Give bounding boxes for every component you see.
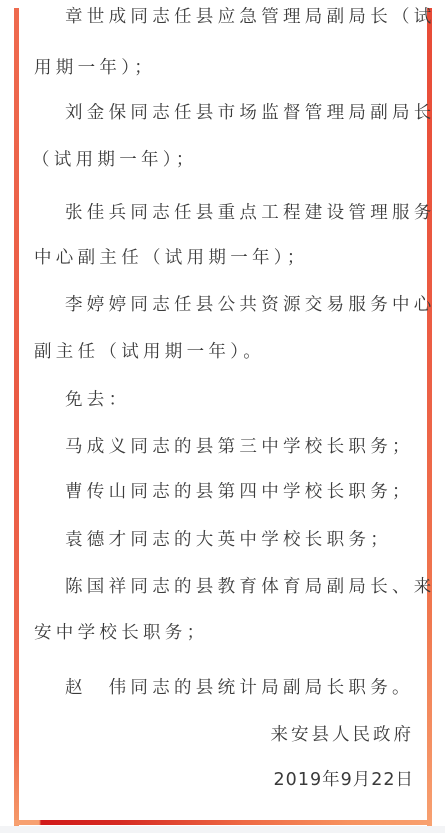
document-page: 章世成同志任县应急管理局副局长（试 用期一年）； 刘金保同志任县市场监督管理局副… — [0, 0, 445, 826]
appointment-4-line-1: 李婷婷同志任县公共资源交易服务中心 — [65, 293, 436, 317]
dismissal-4-line-1: 陈国祥同志的县教育体育局副局长、来 — [65, 575, 436, 599]
issuer-signature: 来安县人民政府 — [271, 723, 415, 747]
frame-left-border — [14, 8, 19, 826]
dismissal-4-line-2: 安中学校长职务； — [34, 621, 208, 645]
appointment-4-line-2: 副主任（试用期一年）。 — [34, 340, 265, 364]
frame-bottom-border — [14, 820, 432, 825]
appointment-3-line-1: 张佳兵同志任县重点工程建设管理服务 — [65, 201, 436, 225]
frame-right-border — [427, 8, 432, 826]
appointment-2-line-1: 刘金保同志任县市场监督管理局副局长 — [65, 101, 436, 125]
appointment-1-line-1: 章世成同志任县应急管理局副局长（试 — [65, 5, 436, 29]
issue-date: 2019年9月22日 — [274, 768, 414, 792]
dismissal-1: 马成义同志的县第三中学校长职务； — [65, 435, 414, 459]
appointment-1-line-2: 用期一年）； — [34, 56, 156, 80]
dismissal-5: 赵 伟同志的县统计局副局长职务。 — [65, 676, 414, 700]
appointment-2-line-2: （试用期一年）； — [32, 148, 198, 172]
appointment-3-line-2: 中心副主任（试用期一年）； — [34, 246, 309, 270]
dismissal-3: 袁德才同志的大英中学校长职务； — [65, 528, 392, 552]
dismissal-2: 曹传山同志的县第四中学校长职务； — [65, 480, 414, 504]
dismissal-heading: 免去： — [65, 388, 130, 412]
